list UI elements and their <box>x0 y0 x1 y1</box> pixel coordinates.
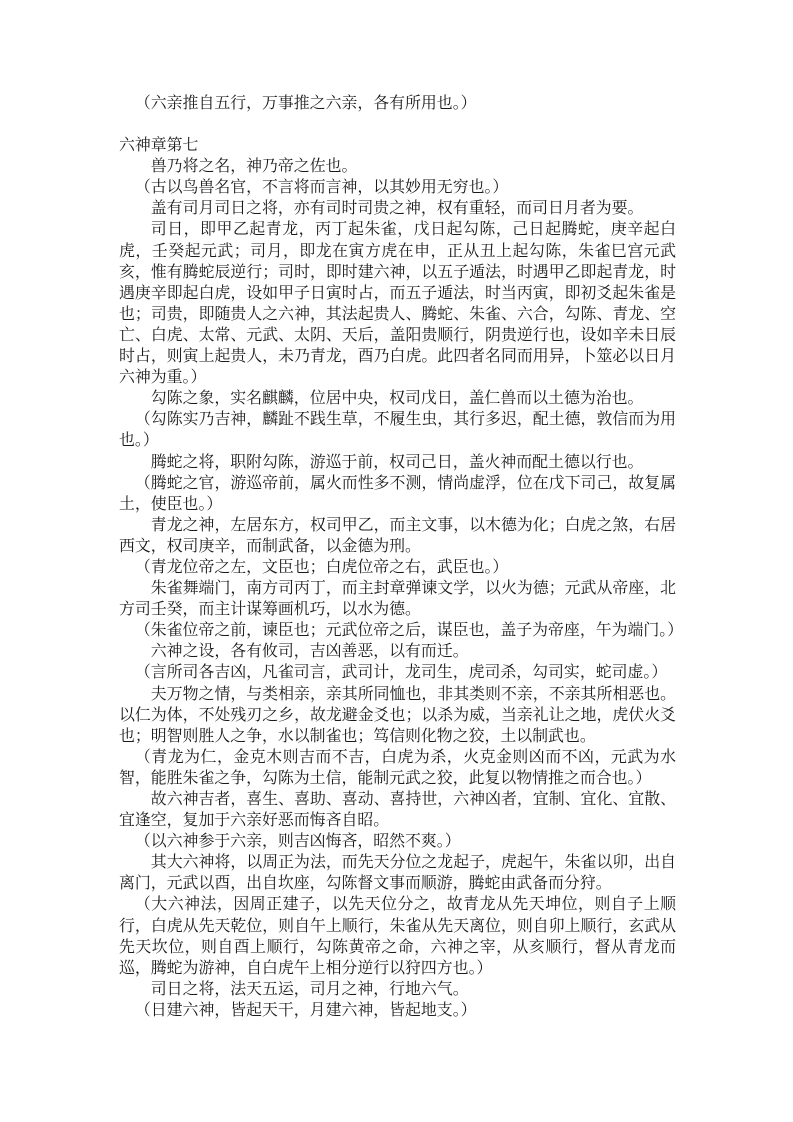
document-page: （六亲推自五行，万事推之六亲，各有所用也。） 六神章第七 兽乃将之名，神乃帝之佐… <box>119 92 676 1020</box>
chapter-title: 六神章第七 <box>119 134 676 155</box>
annotation-paragraph: （古以鸟兽名官，不言将而言神，以其妙用无穷也。） <box>119 176 676 197</box>
text-paragraph: 盖有司月司日之将，亦有司时司贵之神，权有重轻，而司日月者为要。 <box>119 197 676 218</box>
annotation-paragraph: （言所司各吉凶，凡雀司言，武司计，龙司生，虎司杀，勾司实，蛇司虚。） <box>119 661 676 682</box>
intro-note: （六亲推自五行，万事推之六亲，各有所用也。） <box>119 92 676 113</box>
annotation-paragraph: （勾陈实乃吉神，麟趾不践生草，不履生虫，其行多迟，配土德，敦信而为用也。） <box>119 408 676 450</box>
text-paragraph: 勾陈之象，实名麒麟，位居中央，权司戊日，盖仁兽而以土德为治也。 <box>119 387 676 408</box>
text-paragraph: 六神之设，各有攸司，吉凶善恶，以有而迁。 <box>119 640 676 661</box>
annotation-paragraph: （青龙为仁，金克木则吉而不吉，白虎为杀，火克金则凶而不凶，元武为水智，能胜朱雀之… <box>119 746 676 788</box>
paragraph-gap <box>119 113 676 134</box>
annotation-paragraph: （日建六神，皆起天干，月建六神，皆起地支。） <box>119 999 676 1020</box>
text-paragraph: 其大六神将，以周正为法，而先天分位之龙起子，虎起午，朱雀以卯，出自离门，元武以酉… <box>119 851 676 893</box>
annotation-paragraph: （大六神法，因周正建子，以先天位分之，故青龙从先天坤位，则自子上顺行，白虎从先天… <box>119 893 676 977</box>
text-paragraph: 朱雀舞端门，南方司丙丁，而主封章弹谏文学，以火为德；元武从帝座，北方司壬癸，而主… <box>119 577 676 619</box>
annotation-paragraph: （腾蛇之官，游巡帝前，属火而性多不测，情尚虚浮，位在戊下司己，故复属土，使臣也。… <box>119 472 676 514</box>
text-paragraph: 腾蛇之将，职附勾陈，游巡于前，权司己日，盖火神而配土德以行也。 <box>119 451 676 472</box>
annotation-paragraph: （青龙位帝之左，文臣也；白虎位帝之右，武臣也。） <box>119 556 676 577</box>
text-paragraph: 青龙之神，左居东方，权司甲乙，而主文事，以木德为化；白虎之煞，右居西文，权司庚辛… <box>119 514 676 556</box>
text-paragraph: 司日之将，法天五运，司月之神，行地六气。 <box>119 978 676 999</box>
annotation-paragraph: （以六神参于六亲，则吉凶悔吝，昭然不爽。） <box>119 830 676 851</box>
text-paragraph: 故六神吉者，喜生、喜助、喜动、喜持世，六神凶者，宜制、宜化、宜散、宜逢空，复加于… <box>119 788 676 830</box>
annotation-paragraph: （朱雀位帝之前，谏臣也；元武位帝之后，谋臣也，盖子为帝座，午为端门。） <box>119 619 676 640</box>
text-paragraph: 兽乃将之名，神乃帝之佐也。 <box>119 155 676 176</box>
text-paragraph: 司日，即甲乙起青龙，丙丁起朱雀，戊日起勾陈，己日起腾蛇，庚辛起白虎，壬癸起元武；… <box>119 218 676 387</box>
chapter-body: 兽乃将之名，神乃帝之佐也。（古以鸟兽名官，不言将而言神，以其妙用无穷也。）盖有司… <box>119 155 676 1020</box>
text-paragraph: 夫万物之情，与类相亲，亲其所同恤也，非其类则不亲，不亲其所相恶也。以仁为体，不处… <box>119 683 676 746</box>
